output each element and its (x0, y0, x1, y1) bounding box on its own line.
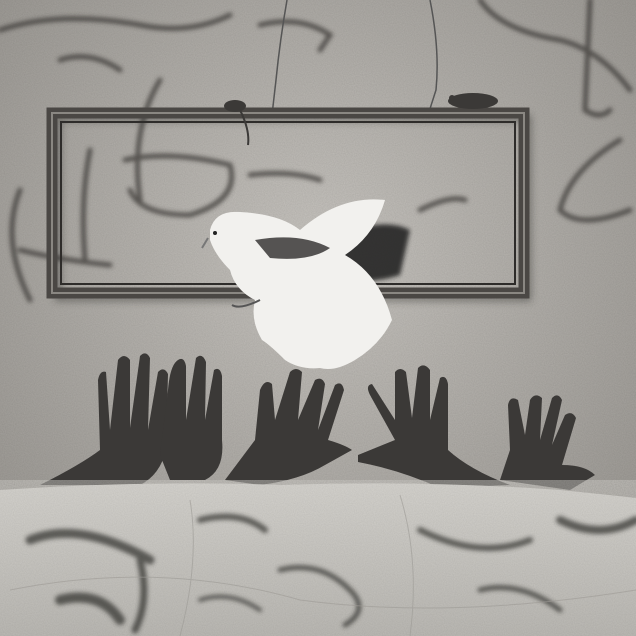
mouse-right (448, 93, 498, 109)
scene (0, 0, 636, 636)
photograph: A white dove in flight in front of an em… (0, 0, 636, 636)
smeared-sheet (0, 480, 636, 636)
